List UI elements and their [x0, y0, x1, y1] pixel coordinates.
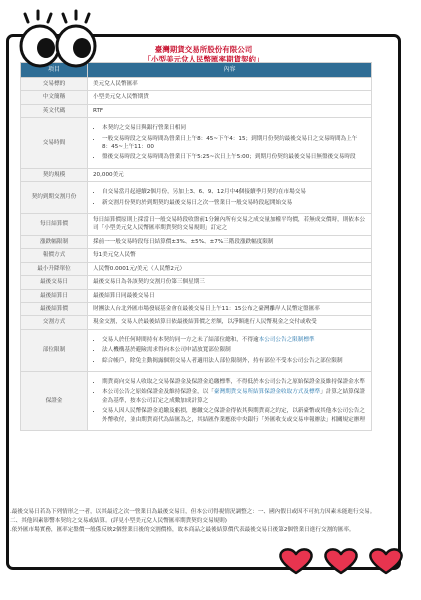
row-label: 契約規模: [21, 168, 88, 181]
row-label: 交易標的: [21, 78, 88, 91]
table-row: 最小升降單位人民幣0.0001元/美元（人民幣2元）: [21, 262, 372, 275]
row-label: 英文代碼: [21, 104, 88, 117]
row-value: 自交易當月起連續2個月份，另加上3、6、9、12月中4個接續季月契約在市場交易 …: [88, 182, 372, 214]
margin-standard-link[interactable]: 臺灣期貨交易所結算保證金收取方式及標準: [214, 389, 320, 395]
row-label: 最後結算價: [21, 302, 88, 315]
position-limit-link[interactable]: 本公司公告之限制標準: [259, 337, 315, 343]
bullet-item: 新交割月份契約於到期契約最後交易日之次一營業日一般交易時段起開始交易: [102, 199, 366, 207]
bullet-item: 一般交易時段之交易時間為營業日上午8：45~下午4：15；到期月份契約最後交易日…: [102, 135, 366, 152]
bullet-item: 交易人因人民幣保證金追繳及虧損，應繳交之保證金得依其與期貨商之約定，以新臺幣或其…: [102, 407, 366, 424]
bullet-item: 本契約之交易日與銀行營業日相同: [102, 124, 366, 132]
footnote-2: .依外匯市場實務，匯率定盤價一般係反映2個營業日後的交割價格，故本商品之最後結算…: [10, 526, 382, 535]
row-label: 中文簡稱: [21, 91, 88, 104]
bullet-item: 交易人於任何時間持有本契約同一方之未了結部位總和，不得逾本公司公告之限制標準: [102, 336, 366, 344]
bullet-item: 期貨商向交易人收取之交易保證金及保證金追繳標準，不得低於本公司公告之原始保證金及…: [102, 378, 366, 386]
row-value: 每日結算價原則上採當日一般交易時段收盤前1分鐘內所有交易之成交量加權平均價，若無…: [88, 214, 372, 236]
bullet-item: 盤後交易時段之交易時間為營業日下午5:25~次日上午5:00；到期月份契約最後交…: [102, 153, 366, 161]
row-value: 人民幣0.0001元/美元（人民幣2元）: [88, 262, 372, 275]
table-row: 保證金 期貨商向交易人收取之交易保證金及保證金追繳標準，不得低於本公司公告之原始…: [21, 371, 372, 430]
bullet-item: 法人機構基於避險需求得向本公司申請放寬部位限制: [102, 346, 366, 354]
row-label: 交割方式: [21, 316, 88, 329]
table-row: 漲跌幅限制採前一一般交易時段每日結算價±3%、±5%、±7%三階段漲跌幅度限制: [21, 235, 372, 248]
row-label: 部位限制: [21, 329, 88, 371]
table-row: 英文代碼RTF: [21, 104, 372, 117]
table-row: 契約到期交割月份 自交易當月起連續2個月份，另加上3、6、9、12月中4個接續季…: [21, 182, 372, 214]
row-value: 採前一一般交易時段每日結算價±3%、±5%、±7%三階段漲跌幅度限制: [88, 235, 372, 248]
row-label: 最小升降單位: [21, 262, 88, 275]
table-row: 報價方式每1美元兌人民幣: [21, 249, 372, 262]
row-value: 美元兌人民幣匯率: [88, 78, 372, 91]
row-value: 20,000美元: [88, 168, 372, 181]
row-label: 最後交易日: [21, 276, 88, 289]
bullet-item: 自交易當月起連續2個月份，另加上3、6、9、12月中4個接續季月契約在市場交易: [102, 188, 366, 196]
row-value: RTF: [88, 104, 372, 117]
table-row: 最後結算日最後結算日同最後交易日: [21, 289, 372, 302]
row-value: 現金交割，交易人於最後結算日依最後結算價之差額，以淨額進行人民幣現金之交付或收受: [88, 316, 372, 329]
row-label: 報價方式: [21, 249, 88, 262]
row-label: 交易時間: [21, 118, 88, 169]
bullet-item: 本公司公告之原始保證金及維持保證金，以「臺灣期貨交易所結算保證金收取方式及標準」…: [102, 388, 366, 405]
table-row: 契約規模20,000美元: [21, 168, 372, 181]
row-label: 每日結算價: [21, 214, 88, 236]
table-row: 中文簡稱小型美元兌人民幣期貨: [21, 91, 372, 104]
table-row: 部位限制 交易人於任何時間持有本契約同一方之未了結部位總和，不得逾本公司公告之限…: [21, 329, 372, 371]
header-content: 內容: [88, 63, 372, 78]
row-value: 本契約之交易日與銀行營業日相同 一般交易時段之交易時間為營業日上午8：45~下午…: [88, 118, 372, 169]
row-label: 保證金: [21, 371, 88, 430]
table-row: 交易標的美元兌人民幣匯率: [21, 78, 372, 91]
spec-table: 項目 內容 交易標的美元兌人民幣匯率 中文簡稱小型美元兌人民幣期貨 英文代碼RT…: [20, 62, 372, 431]
footnote-1: .最後交易日若為下列情形之一者，以其最近之次一營業日為最後交易日，但本公司得視情…: [10, 508, 382, 526]
row-label: 最後結算日: [21, 289, 88, 302]
table-row: 交易時間 本契約之交易日與銀行營業日相同 一般交易時段之交易時間為營業日上午8：…: [21, 118, 372, 169]
row-value: 最後交易日為各該契約交割月份第三個星期三: [88, 276, 372, 289]
row-value: 小型美元兌人民幣期貨: [88, 91, 372, 104]
row-value: 每1美元兌人民幣: [88, 249, 372, 262]
row-value: 交易人於任何時間持有本契約同一方之未了結部位總和，不得逾本公司公告之限制標準 法…: [88, 329, 372, 371]
hearts-icon: [275, 546, 410, 576]
table-row: 最後交易日最後交易日為各該契約交割月份第三個星期三: [21, 276, 372, 289]
bullet-item: 綜合帳戶，除免主動揭露個別交易人者適用法人部位限制外，持有部位不受本公司公告之部…: [102, 357, 366, 365]
footnotes: .最後交易日若為下列情形之一者，以其最近之次一營業日為最後交易日，但本公司得視情…: [10, 508, 382, 535]
row-value: 期貨商向交易人收取之交易保證金及保證金追繳標準，不得低於本公司公告之原始保證金及…: [88, 371, 372, 430]
row-value: 最後結算日同最後交易日: [88, 289, 372, 302]
table-row: 每日結算價每日結算價原則上採當日一般交易時段收盤前1分鐘內所有交易之成交量加權平…: [21, 214, 372, 236]
row-label: 契約到期交割月份: [21, 182, 88, 214]
cartoon-eyes-icon: [10, 8, 105, 68]
table-row: 最後結算價財團法人台北外匯市場發展基金會在最後交易日上午11：15公布之臺灣離岸…: [21, 302, 372, 315]
table-row: 交割方式現金交割，交易人於最後結算日依最後結算價之差額，以淨額進行人民幣現金之交…: [21, 316, 372, 329]
row-value: 財團法人台北外匯市場發展基金會在最後交易日上午11：15公布之臺灣離岸人民幣定盤…: [88, 302, 372, 315]
row-label: 漲跌幅限制: [21, 235, 88, 248]
